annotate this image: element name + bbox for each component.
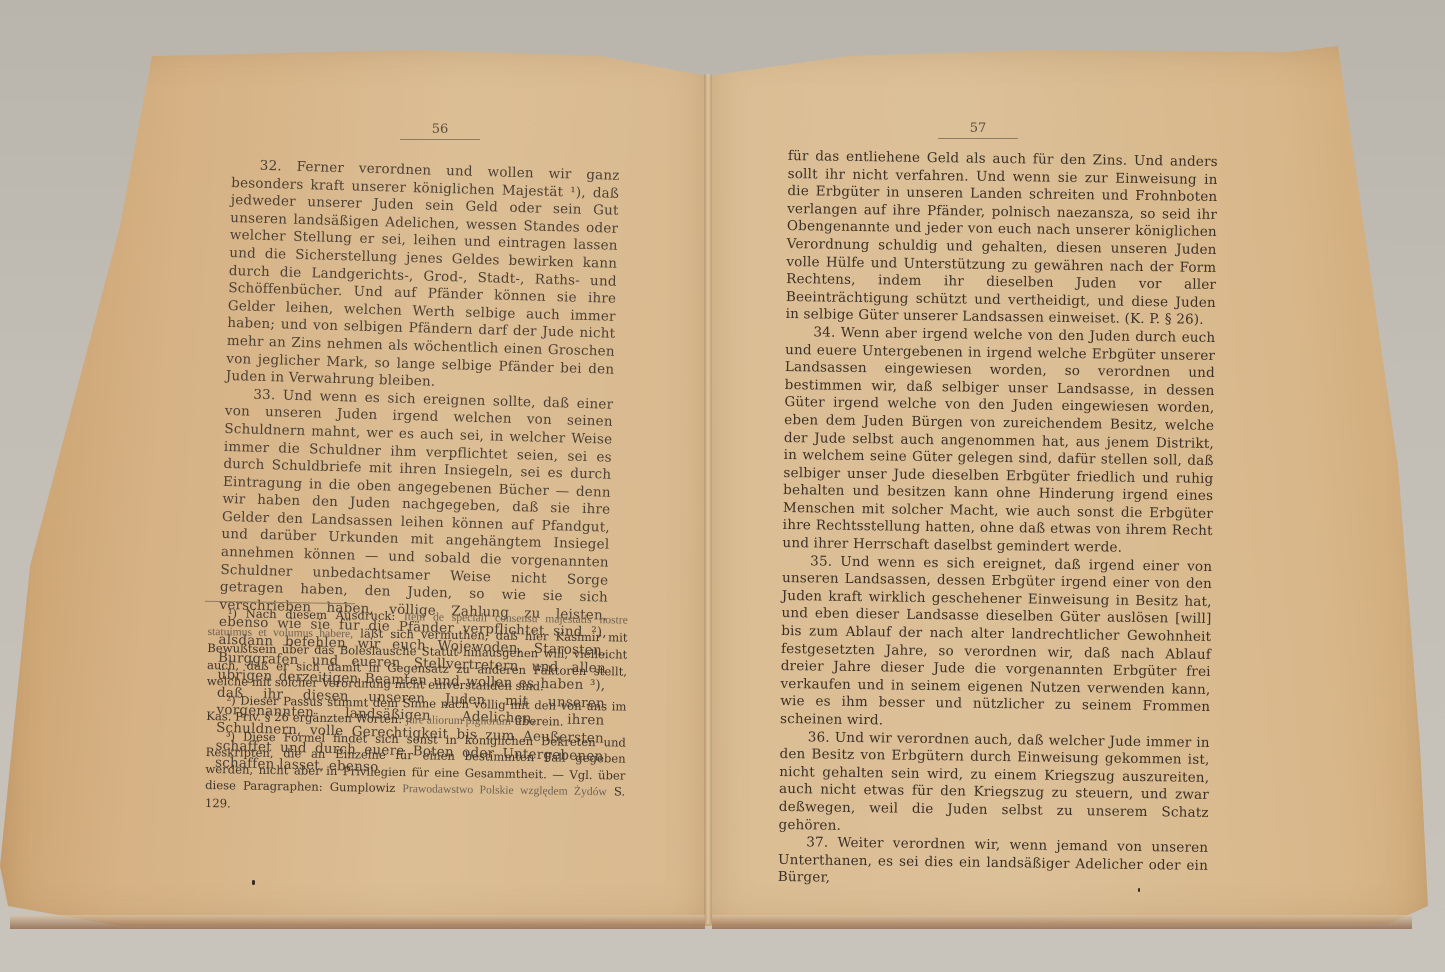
latin-quote: Prawodawstwo Polskie względem Żydów <box>402 782 607 798</box>
paragraph-36: 36. Und wir verordnen auch, daß welcher … <box>778 729 1209 841</box>
open-book: 56 57 32. Ferner verordnen und wollen wi… <box>0 0 1445 972</box>
book-spine <box>704 74 712 924</box>
footnote-text: Nach diesem Ausdruck: <box>246 607 404 623</box>
ink-speck <box>252 880 255 885</box>
paragraph-number: 36. <box>808 729 830 745</box>
paragraph-text: Ferner verordnen und wollen wir ganz bes… <box>226 159 620 390</box>
paragraph-text: Und wenn es sich ereignet, daß irgend ei… <box>780 553 1212 728</box>
paragraph-37: 37. Weiter verordnen wir, wenn jemand vo… <box>778 834 1209 893</box>
right-page-worn-edge <box>712 915 1412 929</box>
paragraph-number: 37. <box>806 834 828 850</box>
paragraph-32: 32. Ferner verordnen und wollen wir ganz… <box>226 157 620 396</box>
footnote-mark: ¹) <box>228 606 237 620</box>
paragraph-number: 32. <box>260 158 283 175</box>
ink-speck <box>1138 888 1140 892</box>
footnote-1: ¹) Nach diesem Ausdruck: Item de special… <box>207 605 628 696</box>
footnote-mark: ³) <box>226 729 235 743</box>
paragraph-35: 35. Und wenn es sich ereignet, daß irgen… <box>780 553 1212 735</box>
paragraph-number: 34. <box>813 324 835 340</box>
footnotes: ¹) Nach diesem Ausdruck: Item de special… <box>205 605 628 820</box>
page-number-right: 57 <box>938 121 1018 139</box>
paragraph-text: Weiter verordnen wir, wenn jemand von un… <box>778 835 1209 886</box>
left-page-worn-edge <box>10 915 705 929</box>
right-page-body: für das entliehene Geld als auch für den… <box>778 148 1218 893</box>
latin-quote: jure aliorum pignorum <box>406 713 511 728</box>
paragraph-text: Wenn aber irgend welche von den Juden du… <box>782 325 1215 556</box>
page-number-left: 56 <box>400 122 480 140</box>
footnote-text: überein. <box>511 714 564 729</box>
footnote-3: ³) Diese Formel findet sich sonst in kön… <box>205 727 626 817</box>
paragraph-number: 35. <box>810 553 832 569</box>
footnote-2: ²) Dieser Passus stimmt dem Sinne nach v… <box>206 691 626 732</box>
paragraph-continuation: für das entliehene Geld als auch für den… <box>786 148 1218 330</box>
footnote-mark: ²) <box>226 693 235 707</box>
paragraph-34: 34. Wenn aber irgend welche von den Jude… <box>782 324 1215 559</box>
paragraph-text: Und wir verordnen auch, daß welcher Jude… <box>778 729 1209 833</box>
paragraph-text: für das entliehene Geld als auch für den… <box>786 148 1218 328</box>
paragraph-number: 33. <box>253 386 276 403</box>
